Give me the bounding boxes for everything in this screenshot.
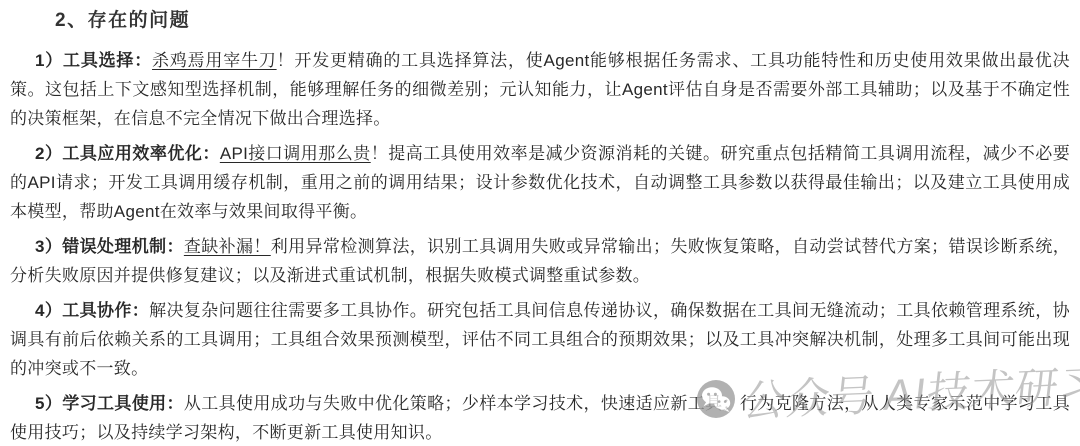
document-body: 2、存在的问题 1）工具选择：杀鸡焉用宰牛刀！开发更精确的工具选择算法，使Age… [0, 0, 1080, 446]
paragraph-error-handling: 3）错误处理机制：查缺补漏！利用异常检测算法，识别工具调用失败或异常输出；失败恢… [10, 232, 1070, 290]
paragraph-tool-collaboration: 4）工具协作：解决复杂问题往往需要多工具协作。研究包括工具间信息传递协议，确保数… [10, 296, 1070, 383]
section-title: 2、存在的问题 [55, 8, 1070, 34]
paragraph-text: 解决复杂问题往往需要多工具协作。研究包括工具间信息传递协议，确保数据在工具间无缝… [10, 301, 1070, 378]
paragraph-efficiency-optimization: 2）工具应用效率优化：API接口调用那么贵！提高工具使用效率是减少资源消耗的关键… [10, 139, 1070, 226]
paragraph-label: 2）工具应用效率优化： [35, 144, 220, 163]
paragraph-label: 5）学习工具使用： [35, 394, 184, 413]
paragraph-learning-tool-use: 5）学习工具使用：从工具使用成功与失败中优化策略；少样本学习技术，快速适应新工具… [10, 389, 1070, 446]
underlined-phrase: 杀鸡焉用宰牛刀 [152, 51, 277, 70]
paragraph-tool-selection: 1）工具选择：杀鸡焉用宰牛刀！开发更精确的工具选择算法，使Agent能够根据任务… [10, 46, 1070, 133]
paragraph-label: 3）错误处理机制： [35, 237, 184, 256]
underlined-phrase: API接口调用那么贵 [220, 144, 371, 163]
paragraph-label: 4）工具协作： [35, 301, 149, 320]
underlined-phrase: 查缺补漏！ [184, 237, 271, 256]
paragraph-label: 1）工具选择： [35, 51, 152, 70]
